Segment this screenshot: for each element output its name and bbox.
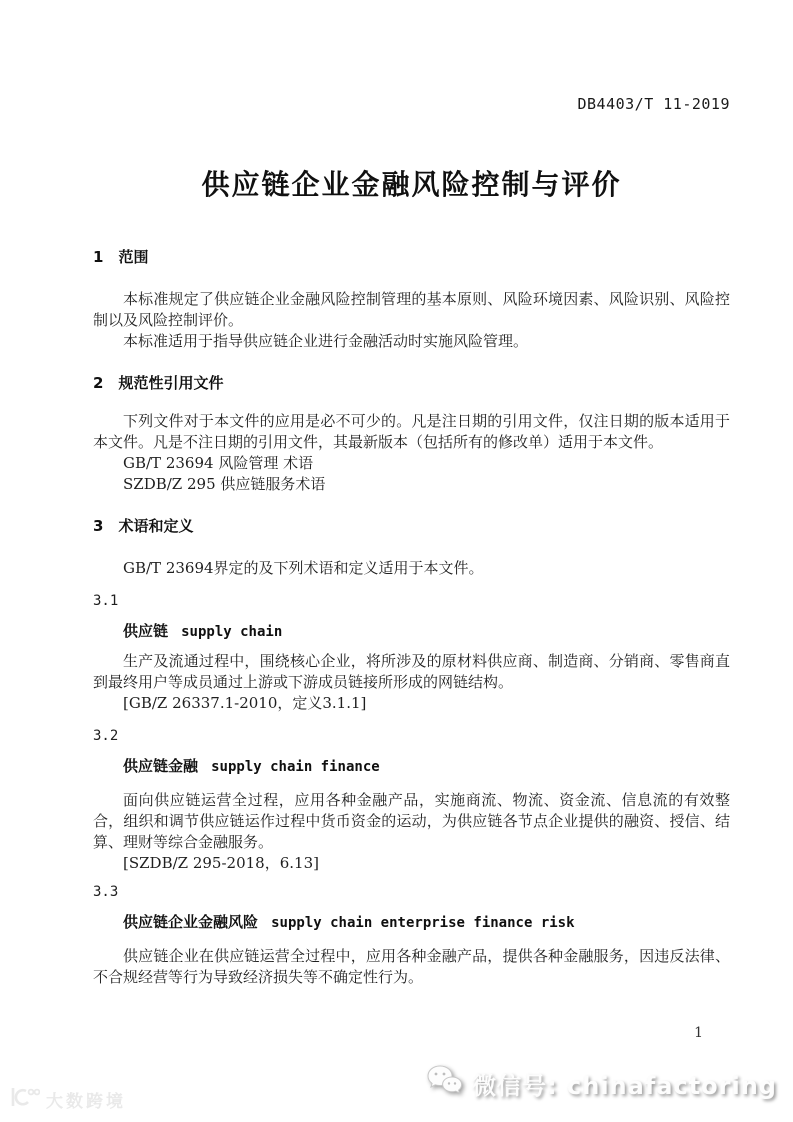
term-definition: 生产及流通过程中，围绕核心企业，将所涉及的原材料供应商、制造商、分销商、零售商直… [93,651,730,693]
section-title: 范围 [118,247,148,268]
right-watermark: 微信号: chinafactoring [426,1064,777,1102]
section-heading-terms: 3 术语和定义 [93,516,730,537]
term-number: 3.2 [93,726,730,747]
terms-intro: GB/T 23694界定的及下列术语和定义适用于本文件。 [93,558,730,579]
page-number: 1 [694,1025,703,1041]
term-number: 3.1 [93,591,730,612]
term-name-en: supply chain enterprise finance risk [271,915,574,931]
document-page: DB4403/T 11-2019 供应链企业金融风险控制与评价 1 范围 本标准… [0,0,793,1122]
page-content: DB4403/T 11-2019 供应链企业金融风险控制与评价 1 范围 本标准… [0,0,793,988]
section-title: 规范性引用文件 [118,373,223,394]
term-name: 供应链企业金融风险 supply chain enterprise financ… [93,911,730,934]
term-name: 供应链 supply chain [93,620,730,643]
term-source: [SZDB/Z 295-2018，6.13] [93,853,730,874]
scope-paragraph-1: 本标准规定了供应链企业金融风险控制管理的基本原则、风险环境因素、风险识别、风险控… [93,289,730,331]
term-name-zh: 供应链金融 [123,757,198,775]
reference-item: SZDB/Z 295 供应链服务术语 [93,474,730,495]
term-name: 供应链金融 supply chain finance [93,755,730,778]
document-title: 供应链企业金融风险控制与评价 [93,163,730,203]
normative-references-paragraph: 下列文件对于本文件的应用是必不可少的。凡是注日期的引用文件，仅注日期的版本适用于… [93,411,730,453]
term-source: [GB/Z 26337.1-2010，定义3.1.1] [93,693,730,714]
section-heading-scope: 1 范围 [93,247,730,268]
term-name-en: supply chain finance [211,759,380,775]
term-name-en: supply chain [181,624,282,640]
crossborder-logo-icon [10,1086,40,1113]
wechat-icon [426,1064,462,1102]
section-heading-normative-references: 2 规范性引用文件 [93,373,730,394]
reference-item: GB/T 23694 风险管理 术语 [93,453,730,474]
term-definition: 面向供应链运营全过程，应用各种金融产品，实施商流、物流、资金流、信息流的有效整合… [93,790,730,853]
left-watermark-text: 大数跨境 [46,1087,126,1112]
term-number: 3.3 [93,882,730,903]
term-name-zh: 供应链企业金融风险 [123,913,258,931]
term-definition: 供应链企业在供应链运营全过程中，应用各种金融产品，提供各种金融服务，因违反法律、… [93,946,730,988]
scope-paragraph-2: 本标准适用于指导供应链企业进行金融活动时实施风险管理。 [93,331,730,352]
section-title: 术语和定义 [118,516,193,537]
section-number: 1 [93,247,103,268]
section-number: 2 [93,373,103,394]
section-number: 3 [93,516,103,537]
right-watermark-text: 微信号: chinafactoring [472,1066,777,1101]
term-name-zh: 供应链 [123,622,168,640]
left-watermark: 大数跨境 [10,1086,126,1113]
standard-number: DB4403/T 11-2019 [93,95,730,113]
